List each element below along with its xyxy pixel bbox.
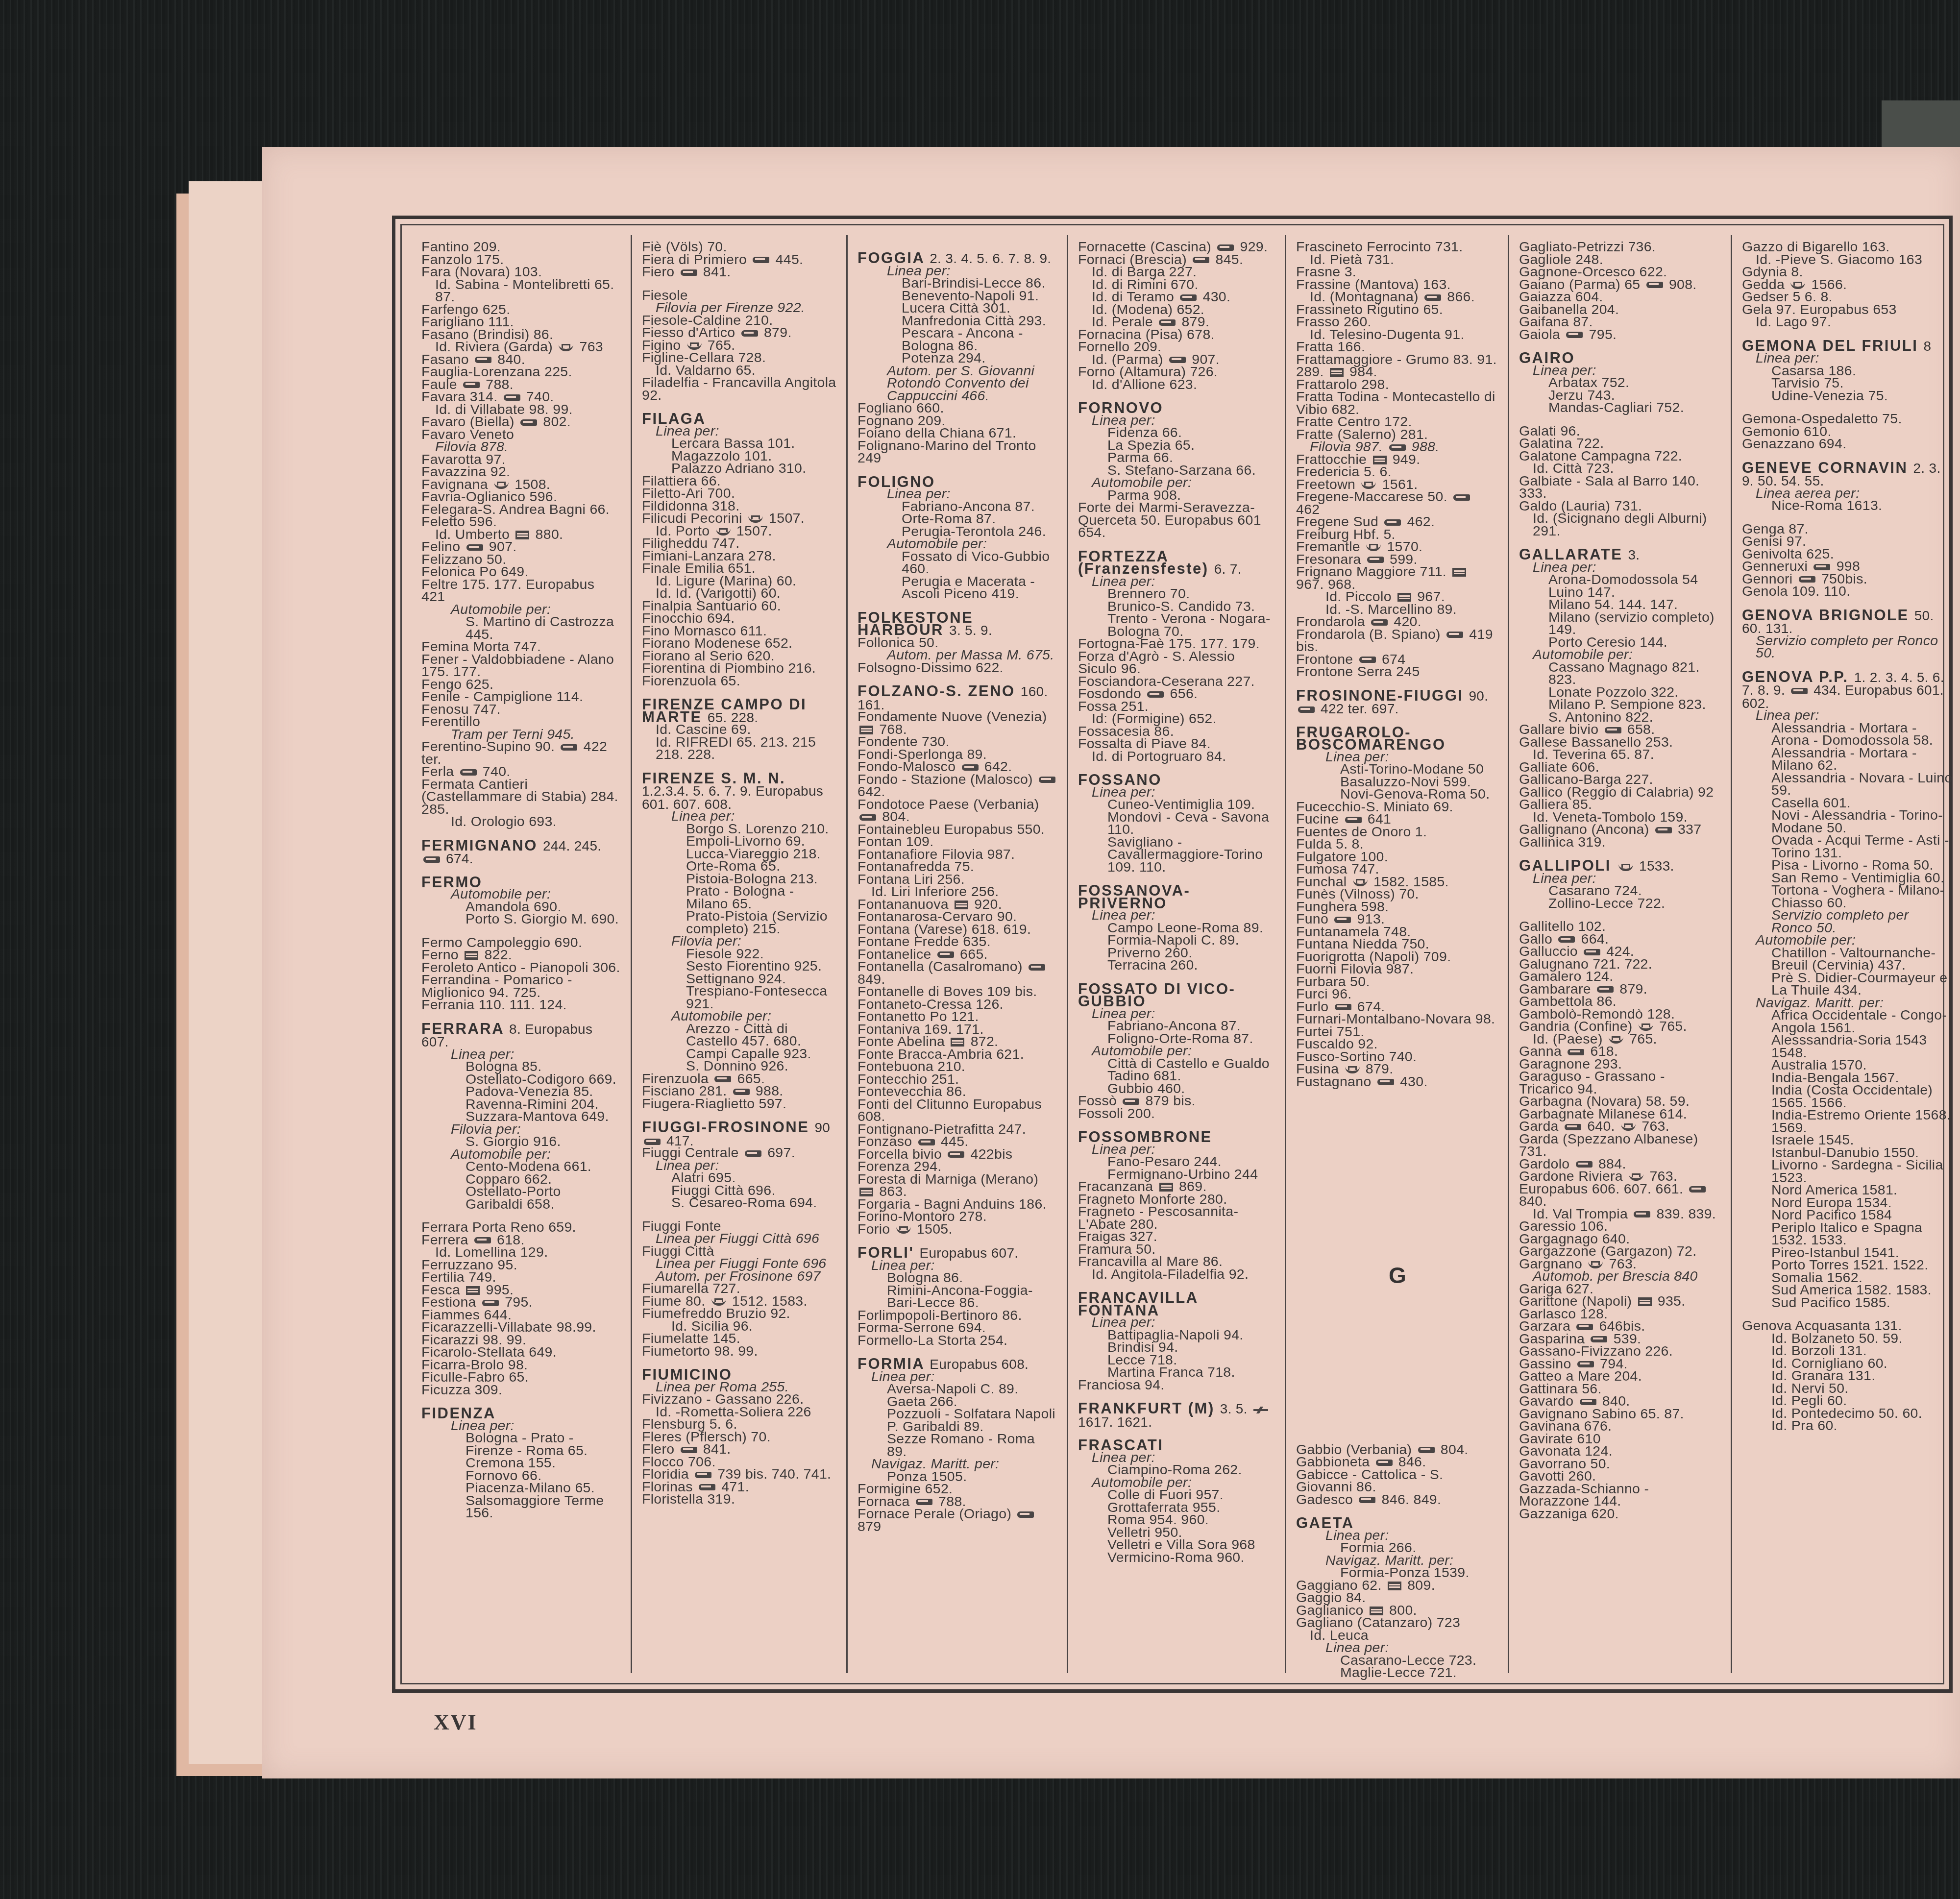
index-entry: Fossato di Vico-Gubbio 460.	[857, 551, 1058, 576]
index-column-6: Gagliato-Petrizzi 736.Gagliole 248.Gagno…	[1509, 235, 1732, 1673]
index-entry: Foresta di Marniga (Merano) 863.	[857, 1173, 1058, 1198]
tram-icon	[1373, 456, 1387, 464]
bus-icon	[916, 1499, 932, 1505]
bus-icon	[1376, 1460, 1393, 1466]
table-refs: 6. 7.	[1214, 561, 1242, 577]
index-entry: Pescara - Ancona - Bologna 86.	[857, 327, 1058, 352]
bus-icon	[504, 394, 520, 401]
index-entry: Gadesco 846. 849.	[1296, 1494, 1499, 1507]
index-entry: Udine-Venezia 75.	[1742, 390, 1954, 403]
index-entry: Feltre 175. 177. Europabus 421	[421, 579, 622, 604]
station-name: FRUGAROLO-BOSCOMARENGO	[1296, 724, 1446, 754]
bus-icon	[1597, 986, 1614, 993]
bus-icon	[714, 1076, 731, 1082]
boat-icon	[1345, 1066, 1360, 1073]
index-entry: Id. Orologio 693.	[421, 816, 622, 828]
index-entry: Prè S. Didier-Courmayeur e La Thuile 434…	[1742, 972, 1954, 997]
index-entry: Fonti del Clitunno Europabus 608.	[857, 1098, 1058, 1123]
index-entry: India-Estremo Oriente 1568. 1569.	[1742, 1109, 1954, 1134]
index-entry: Ferrania 110. 111. 124.	[421, 999, 622, 1012]
bus-icon	[1389, 444, 1406, 451]
station-heading: GENEVE CORNAVIN 2. 3. 9. 50. 54. 55.	[1742, 462, 1954, 487]
index-entry: Vermicino-Roma 960.	[1078, 1552, 1276, 1564]
tram-icon	[951, 1038, 964, 1047]
index-entry: Prato - Bologna - Milano 65.	[642, 885, 837, 910]
tram-icon	[1159, 1183, 1173, 1192]
index-entry: Ostellato-Porto Garibaldi 658.	[421, 1186, 622, 1211]
index-entry: Sezze Romano - Roma 89.	[857, 1433, 1058, 1458]
index-entry: Mondovì - Ceva - Savona 110.	[1078, 811, 1276, 836]
index-entry: Servizio completo per Ronco 50.	[1742, 909, 1954, 934]
boat-icon	[896, 1226, 911, 1234]
index-entry: Milano (servizio completo) 149.	[1519, 611, 1722, 636]
index-entry: Fondo - Stazione (Malosco) 642.	[857, 774, 1058, 799]
station-heading: FOSSATO DI VICO-GUBBIO	[1078, 983, 1276, 1008]
bus-icon	[1123, 1098, 1139, 1105]
index-entry: Chatillon - Valtournanche-Breuil (Cervin…	[1742, 947, 1954, 972]
index-column-5: Frascineto Ferrocinto 731.Id. Pietà 731.…	[1286, 235, 1509, 1673]
tram-icon	[859, 1188, 873, 1196]
index-entry: Fornace Perale (Oriago) 879	[857, 1508, 1058, 1533]
bus-icon	[1584, 949, 1600, 955]
bus-icon	[482, 1300, 499, 1306]
bus-icon	[1580, 1399, 1596, 1405]
index-entry: Periplo Italico e Spagna 1532. 1533.	[1742, 1222, 1954, 1247]
index-entry: Fregene-Maccarese 50. 462	[1296, 491, 1499, 516]
bus-icon	[520, 419, 537, 426]
bus-icon	[1418, 1447, 1435, 1453]
index-entry: Ficuzza 309.	[421, 1384, 622, 1397]
bus-icon	[1799, 576, 1815, 583]
index-entry: Garda (Spezzano Albanese) 731.	[1519, 1133, 1722, 1158]
index-entry: Maglie-Lecce 721.	[1296, 1667, 1499, 1680]
bus-icon	[1813, 564, 1830, 570]
station-heading: FERMIGNANO 244. 245. 674.	[421, 839, 622, 865]
index-entry: Id. di Portogruaro 84.	[1078, 751, 1276, 763]
bus-icon	[1384, 519, 1401, 526]
bus-icon	[1039, 777, 1055, 783]
index-entry: Servizio completo per Ronco 50.	[1742, 635, 1954, 660]
index-entry: Garaguso - Grassano - Tricarico 94.	[1519, 1071, 1722, 1096]
index-entry: Livorno - Sardegna - Sicilia 1523.	[1742, 1159, 1954, 1184]
index-entry: Ferrandina - Pomarico - Miglionico 94. 7…	[421, 974, 622, 999]
index-entry: Salsomaggiore Terme 156.	[421, 1495, 622, 1520]
tram-icon	[1452, 568, 1466, 577]
bus-icon	[681, 269, 697, 276]
station-heading: FRANKFURT (M) 3. 5. 1617. 1621.	[1078, 1402, 1276, 1428]
table-refs: 1533.	[1617, 858, 1674, 874]
index-entry: Fener - Valdobbiadene - Alano 175. 177.	[421, 654, 622, 679]
index-entry: Fratta Todina - Montecastello di Vibio 6…	[1296, 391, 1499, 416]
index-entry: Formello-La Storta 254.	[857, 1335, 1058, 1347]
bus-icon	[1334, 917, 1351, 923]
index-entry: Frondarola (B. Spiano) 419 bis.	[1296, 629, 1499, 654]
bus-icon	[1577, 1361, 1594, 1367]
index-column-1: Fantino 209.Fanzolo 175.Fara (Novara) 10…	[412, 235, 632, 1673]
tram-icon	[859, 726, 873, 734]
index-column-7: Gazzo di Bigarello 163.Id. -Pieve S. Gia…	[1732, 235, 1960, 1673]
index-entry: Fondamente Nuove (Venezia) 768.	[857, 711, 1058, 736]
bus-icon	[475, 357, 491, 363]
bus-icon	[1655, 827, 1672, 833]
index-entry: Frattamaggiore - Grumo 83. 91. 289. 984.	[1296, 354, 1499, 379]
index-entry: Alesssandria-Soria 1543 1548.	[1742, 1034, 1954, 1059]
bus-icon	[1566, 332, 1583, 338]
index-entry: Genola 109. 110.	[1742, 585, 1954, 598]
index-entry: Trespiano-Fontesecca 921.	[642, 985, 837, 1010]
bus-icon	[466, 544, 483, 551]
bus-icon	[745, 1150, 761, 1157]
index-entry: Mandas-Cagliari 752.	[1519, 402, 1722, 414]
index-entry: Fontanella (Casalromano) 849.	[857, 961, 1058, 986]
bus-icon	[1335, 1004, 1351, 1010]
station-heading: GENOVA BRIGNOLE 50. 60. 131.	[1742, 609, 1954, 635]
index-entry: Prato-Pistoia (Servizio completo) 215.	[642, 910, 837, 935]
index-entry: Id. Lago 97.	[1742, 316, 1954, 329]
tram-icon	[1638, 1297, 1652, 1306]
index-column-4: Fornacette (Cascina) 929.Fornaci (Bresci…	[1068, 235, 1286, 1673]
station-heading: FOLKESTONE HARBOUR 3. 5. 9.	[857, 611, 1058, 637]
bus-icon	[1446, 632, 1463, 638]
bus-icon	[1371, 619, 1388, 626]
boat-icon	[687, 342, 702, 350]
index-entry: Id. Sabina - Montelibretti 65. 87.	[421, 279, 622, 304]
boat-icon	[1366, 543, 1381, 551]
section-letter: G	[1296, 1269, 1499, 1282]
station-heading: FOSSANOVA-PRIVERNO	[1078, 884, 1276, 909]
bus-icon	[423, 856, 440, 863]
index-entry: Nice-Roma 1613.	[1742, 500, 1954, 512]
station-name: FORTEZZA (Franzensfeste)	[1078, 548, 1214, 578]
index-entry: Gazzada-Schianno - Morazzone 144.	[1519, 1483, 1722, 1508]
bus-icon	[1605, 727, 1621, 733]
bus-icon	[948, 1151, 964, 1158]
station-name: FOSSATO DI VICO-GUBBIO	[1078, 980, 1235, 1010]
bus-icon	[1646, 282, 1663, 288]
bus-icon	[474, 1237, 491, 1243]
boat-icon	[1639, 1023, 1653, 1031]
bus-icon	[1029, 964, 1045, 971]
bus-icon	[1424, 294, 1441, 301]
index-entry: Africa Occidentale - Congo-Angola 1561.	[1742, 1009, 1954, 1034]
index-entry: Id. Pra 60.	[1742, 1420, 1954, 1433]
index-entry: Rimini-Ancona-Foggia-Bari-Lecce 86.	[857, 1285, 1058, 1310]
timetable-index-page: Fantino 209.Fanzolo 175.Fara (Novara) 10…	[262, 147, 1960, 1778]
index-entry: Folignano-Marino del Tronto 249	[857, 440, 1058, 465]
bus-icon	[1217, 244, 1234, 251]
bus-icon	[1377, 1079, 1394, 1085]
bus-icon	[859, 814, 876, 821]
boat-icon	[1629, 1173, 1643, 1181]
index-entry: Frontone Serra 245	[1296, 666, 1499, 679]
index-entry: Alessandria - Mortara - Arona - Domodoss…	[1742, 722, 1954, 747]
boat-icon	[1361, 481, 1376, 489]
index-entry: Novi - Alessandria - Torino-Modane 50.	[1742, 809, 1954, 834]
boat-icon	[1790, 281, 1805, 289]
index-columns: Fantino 209.Fanzolo 175.Fara (Novara) 10…	[412, 235, 1943, 1673]
index-entry: S. Martino di Castrozza 445.	[421, 616, 622, 641]
index-entry: Savigliano - Cavallermaggiore-Torino 109…	[1078, 836, 1276, 874]
bus-icon	[1558, 936, 1575, 943]
index-entry: Gardone Riviera 763. Europabus 606. 607.…	[1519, 1170, 1722, 1208]
bus-icon	[1367, 557, 1384, 563]
index-entry: Pozzuoli - Solfatara Napoli P. Garibaldi…	[857, 1408, 1058, 1433]
index-entry: Cassano Magnago 821. 823.	[1519, 661, 1722, 686]
index-entry: S. Cesareo-Roma 694.	[642, 1197, 837, 1210]
table-refs: Europabus 608.	[930, 1357, 1029, 1372]
station-heading: FROSINONE-FIUGGI 90. 422 ter. 697.	[1296, 689, 1499, 715]
index-entry: Ferentino-Supino 90. 422 ter.	[421, 741, 622, 766]
boat-icon	[1618, 863, 1633, 871]
index-entry: Genazzano 694.	[1742, 438, 1954, 451]
station-heading: FIUGGI-FROSINONE 90 417.	[642, 1121, 837, 1147]
bus-icon	[1147, 691, 1164, 698]
index-entry: Fermata Cantieri (Castellammare di Stabi…	[421, 779, 622, 816]
station-heading: FIRENZE CAMPO DI MARTE 65. 228.	[642, 698, 837, 724]
bus-icon	[1017, 1511, 1034, 1518]
table-refs: 1.2.3.4. 5. 6. 7. 9. Europabus 601. 607.…	[642, 783, 823, 812]
index-entry: Fragneto - Pescosannita-L'Abate 280.	[1078, 1206, 1276, 1231]
index-entry: Frignano Maggiore 711. 967. 968.	[1296, 566, 1499, 591]
tram-icon	[465, 951, 478, 960]
tram-icon	[466, 1286, 480, 1295]
index-entry: Ovada - Acqui Terme - Asti - Torino 131.	[1742, 834, 1954, 859]
bus-icon	[1169, 357, 1186, 363]
station-heading: FIRENZE S. M. N. 1.2.3.4. 5. 6. 7. 9. Eu…	[642, 772, 837, 811]
book-spine-edge	[1882, 100, 1960, 154]
index-entry: Perugia e Macerata - Ascoli Piceno 419.	[857, 576, 1058, 601]
bus-icon	[699, 1484, 715, 1490]
boat-icon	[1609, 1036, 1623, 1044]
bus-icon	[1359, 657, 1376, 663]
tram-icon	[1370, 1607, 1383, 1615]
index-entry: Fiero 841.	[642, 266, 837, 279]
bus-icon	[1791, 688, 1808, 694]
tram-icon	[515, 531, 529, 539]
station-heading: FRANCAVILLA FONTANA	[1078, 1291, 1276, 1316]
bus-icon	[561, 744, 577, 751]
index-entry: Gallinica 319.	[1519, 836, 1722, 849]
index-column-3: FOGGIA 2. 3. 4. 5. 6. 7. 8. 9.Linea per:…	[848, 235, 1068, 1673]
boat-icon	[559, 343, 573, 351]
index-entry: Forte dei Marmi-Seravezza-Querceta 50. E…	[1078, 502, 1276, 539]
bus-icon	[463, 382, 480, 388]
index-column-2: Fiè (Völs) 70.Fiera di Primiero 445.Fier…	[632, 235, 848, 1673]
bus-icon	[1180, 294, 1197, 301]
bus-icon	[1359, 1497, 1375, 1503]
boat-icon	[494, 481, 509, 489]
boat-icon	[716, 528, 731, 536]
bus-icon	[1634, 1211, 1650, 1217]
bus-icon	[460, 769, 477, 776]
page-number: XVI	[434, 1710, 478, 1735]
bus-icon	[962, 764, 979, 771]
page-frame-inner: Fantino 209.Fanzolo 175.Fara (Novara) 10…	[400, 224, 1944, 1684]
bus-icon	[644, 1139, 661, 1145]
tram-icon	[1397, 593, 1411, 602]
index-entry: Alessandria - Novara - Luino 59.	[1742, 772, 1954, 797]
bus-icon	[937, 951, 954, 958]
tram-icon	[1330, 368, 1344, 377]
index-entry: Galbiate - Sala al Barro 140. 333.	[1519, 475, 1722, 500]
index-entry: Trento - Verona - Nogara-Bologna 70.	[1078, 613, 1276, 638]
boat-icon	[1621, 1123, 1636, 1131]
page-frame: Fantino 209.Fanzolo 175.Fara (Novara) 10…	[392, 216, 1953, 1693]
tram-icon	[1388, 1582, 1401, 1590]
station-heading: GENOVA P.P. 1. 2. 3. 4. 5. 6. 7. 8. 9. 4…	[1742, 671, 1954, 710]
index-entry: Folsogno-Dissimo 622.	[857, 662, 1058, 675]
index-entry: Bologna - Prato - Firenze - Roma 65.	[421, 1432, 622, 1457]
index-entry: Id. RIFREDI 65. 213. 215 218. 228.	[642, 736, 837, 761]
bus-icon	[1298, 706, 1315, 713]
station-heading: FRUGAROLO-BOSCOMARENGO	[1296, 726, 1499, 751]
index-entry: Alessandria - Mortara - Milano 62.	[1742, 747, 1954, 772]
bus-icon	[753, 257, 769, 263]
table-refs: 8	[1924, 339, 1932, 354]
index-entry: Fiorenzuola 65.	[642, 675, 837, 688]
index-entry: India (Costa Occidentale) 1565. 1566.	[1742, 1084, 1954, 1109]
boat-icon	[748, 515, 763, 523]
table-refs: 3.	[1628, 547, 1640, 562]
index-entry: Gabicce - Cattolica - S. Giovanni 86.	[1296, 1469, 1499, 1494]
bus-icon	[1576, 1161, 1592, 1168]
index-entry: Franciosa 94.	[1078, 1379, 1276, 1392]
boat-icon	[711, 1298, 726, 1306]
index-entry: Città di Castello e Gualdo Tadino 681.	[1078, 1058, 1276, 1083]
plane-icon	[1253, 1407, 1268, 1413]
bus-icon	[1193, 257, 1209, 263]
index-entry: Fondotoce Paese (Verbania) 804.	[857, 799, 1058, 824]
index-entry: Gazzaniga 620.	[1519, 1508, 1722, 1521]
bus-icon	[1689, 1186, 1706, 1193]
index-entry: Id. (Sicignano degli Alburni) 291.	[1519, 512, 1722, 537]
table-refs: 3. 5. 9.	[949, 623, 992, 638]
bus-icon	[918, 1139, 935, 1145]
bus-icon	[1576, 1324, 1593, 1330]
index-entry: Tortona - Voghera - Milano-Chiasso 60.	[1742, 884, 1954, 909]
bus-icon	[1565, 1124, 1581, 1130]
index-entry: Id. Angitola-Filadelfia 92.	[1078, 1268, 1276, 1281]
bus-icon	[1453, 494, 1470, 501]
index-entry: Fustagnano 430.	[1296, 1076, 1499, 1089]
index-entry: Floristella 319.	[642, 1493, 837, 1506]
index-entry: Fiugera-Riaglietto 597.	[642, 1098, 837, 1111]
index-entry: Forza d'Agrò - S. Alessio Siculo 96.	[1078, 651, 1276, 676]
index-entry: Filadelfia - Francavilla Angitola 92.	[642, 377, 837, 402]
index-entry: Forio 1505.	[857, 1223, 1058, 1236]
index-entry: Sud Pacifico 1585.	[1742, 1297, 1954, 1310]
index-entry: Id. d'Allione 623.	[1078, 379, 1276, 391]
index-entry: Gaiola 795.	[1519, 329, 1722, 341]
index-entry: Autom. per S. Giovanni Rotondo Convento …	[857, 365, 1058, 403]
bus-icon	[733, 1089, 750, 1095]
index-entry: Arezzo - Città di Castello 457. 680.	[642, 1023, 837, 1048]
index-entry: Terracina 260.	[1078, 959, 1276, 972]
index-entry: Fossoli 200.	[1078, 1108, 1276, 1120]
station-heading: FORTEZZA (Franzensfeste) 6. 7.	[1078, 550, 1276, 576]
bus-icon	[1591, 1336, 1607, 1342]
bus-icon	[681, 1447, 697, 1453]
index-entry: Fiumetorto 98. 99.	[642, 1345, 837, 1358]
bus-icon	[1568, 1049, 1584, 1055]
station-heading: FOLZANO-S. ZENO 160. 161.	[857, 685, 1058, 711]
index-entry: Porto S. Giorgio M. 690.	[421, 913, 622, 926]
boat-icon	[1353, 878, 1368, 886]
bus-icon	[1159, 319, 1176, 326]
index-entry: Zollino-Lecce 722.	[1519, 898, 1722, 910]
tram-icon	[955, 901, 968, 909]
bus-icon	[741, 330, 758, 337]
station-heading: FERRARA 8. Europabus 607.	[421, 1023, 622, 1048]
bus-icon	[695, 1472, 711, 1478]
boat-icon	[1588, 1261, 1603, 1268]
bus-icon	[1345, 817, 1362, 823]
